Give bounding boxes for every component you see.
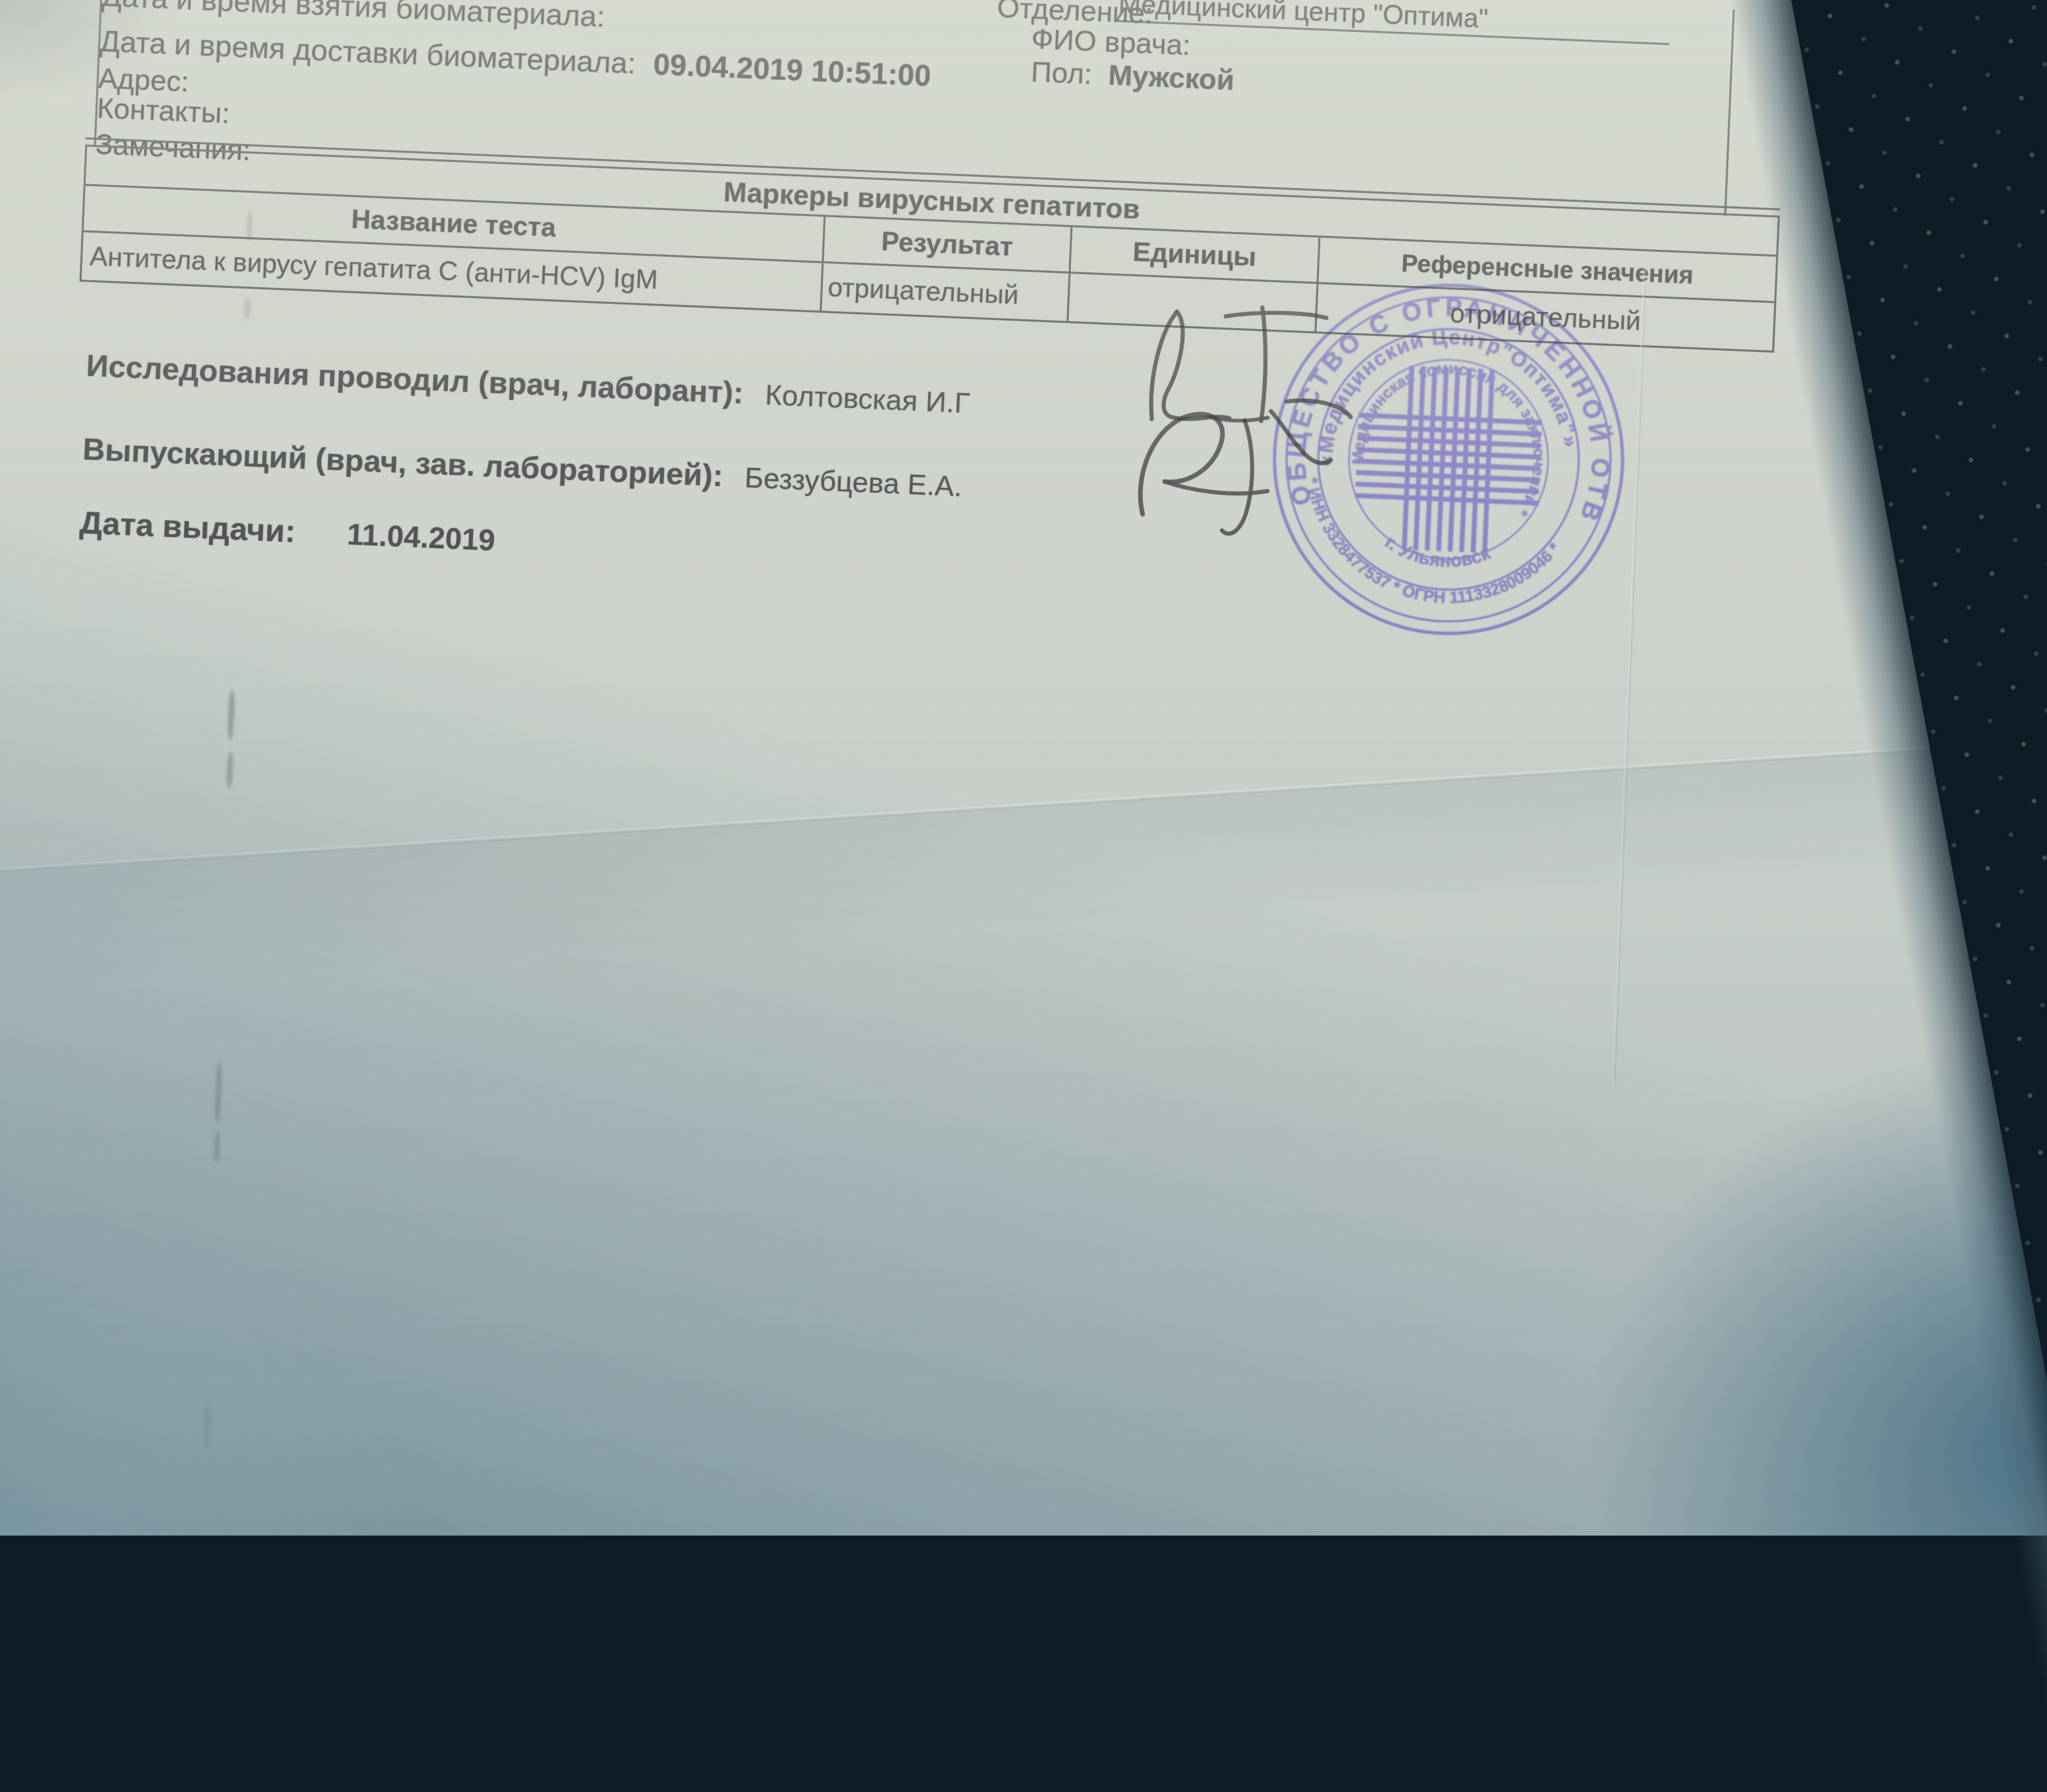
gender-line: Пол: Мужской	[1030, 55, 1235, 96]
delivery-datetime-line: Дата и время доставки биоматериала: 09.0…	[99, 24, 932, 93]
performed-by-name: Колтовская И.Г	[765, 378, 971, 419]
gender-value: Мужской	[1108, 58, 1235, 96]
released-by-label: Выпускающий (врач, зав. лабораторией):	[82, 431, 724, 493]
gender-label: Пол:	[1030, 55, 1093, 90]
contacts-label: Контакты:	[96, 91, 231, 130]
performed-by-label: Исследования проводил (врач, лаборант):	[86, 348, 744, 410]
cell-result: отрицательный	[820, 263, 1068, 321]
signature-released	[1110, 384, 1364, 559]
performed-by-line: Исследования проводил (врач, лаборант): …	[86, 348, 971, 421]
issue-date-line: Дата выдачи: 11.04.2019	[79, 504, 496, 558]
header-box-right-border	[1724, 10, 1735, 216]
paper-sheet: Дата и время взятия биоматериала: Дата и…	[0, 0, 2047, 1536]
released-by-line: Выпускающий (врач, зав. лабораторией): Б…	[82, 431, 963, 503]
released-by-name: Беззубцева Е.А.	[744, 461, 963, 503]
issue-date-label: Дата выдачи:	[79, 505, 296, 549]
delivery-value: 09.04.2019 10:51:00	[653, 47, 932, 92]
issue-date-value: 11.04.2019	[347, 518, 496, 557]
